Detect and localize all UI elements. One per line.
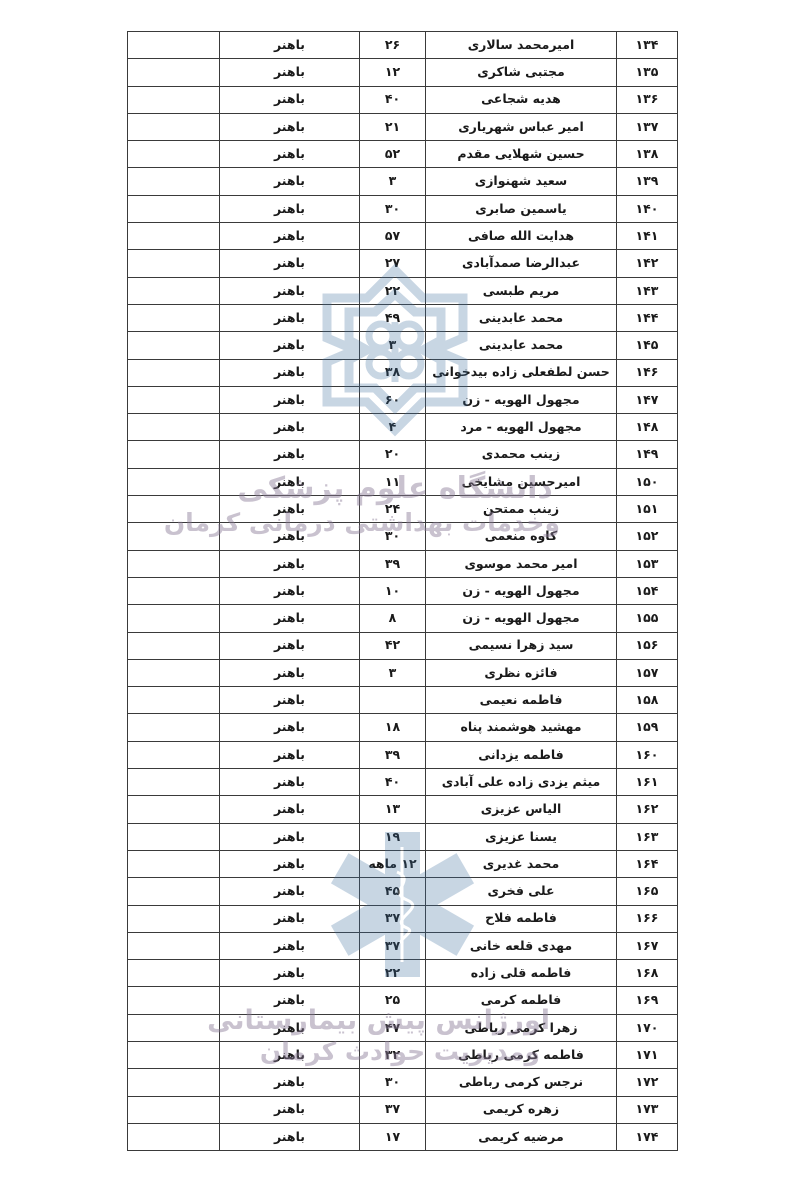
status-cell: باهنر [220, 496, 360, 523]
table-row: باهنر۱۰مجهول الهویه - زن۱۵۴ [128, 577, 678, 604]
notes-cell [128, 605, 220, 632]
table-row: باهنر۲۱امیر عباس شهریاری۱۳۷ [128, 113, 678, 140]
notes-cell [128, 905, 220, 932]
notes-cell [128, 659, 220, 686]
status-cell: باهنر [220, 659, 360, 686]
age-cell: ۳۰ [360, 1069, 426, 1096]
index-cell: ۱۶۵ [617, 878, 678, 905]
notes-cell [128, 414, 220, 441]
index-cell: ۱۵۹ [617, 714, 678, 741]
age-text: ۴۷ [385, 1020, 400, 1035]
index-cell: ۱۴۷ [617, 386, 678, 413]
status-cell: باهنر [220, 577, 360, 604]
age-cell: ۶۰ [360, 386, 426, 413]
age-cell: ۲۱ [360, 113, 426, 140]
table-row: باهنر۲۶امیرمحمد سالاری۱۳۴ [128, 32, 678, 59]
status-cell: باهنر [220, 1014, 360, 1041]
index-cell: ۱۷۴ [617, 1123, 678, 1150]
age-text: ۳۰ [385, 528, 400, 543]
index-cell: ۱۵۷ [617, 659, 678, 686]
age-cell: ۲۲ [360, 960, 426, 987]
age-cell: ۸ [360, 605, 426, 632]
index-cell: ۱۴۵ [617, 332, 678, 359]
name-cell: فاطمه فلاح [426, 905, 617, 932]
index-cell: ۱۶۷ [617, 932, 678, 959]
status-cell: باهنر [220, 468, 360, 495]
index-cell: ۱۶۸ [617, 960, 678, 987]
age-text: ۱۲ [385, 64, 400, 79]
status-text: باهنر [274, 310, 305, 325]
status-cell: باهنر [220, 195, 360, 222]
status-cell: باهنر [220, 769, 360, 796]
notes-cell [128, 687, 220, 714]
status-cell: باهنر [220, 1069, 360, 1096]
status-text: باهنر [274, 665, 305, 680]
age-text: ۲۱ [385, 119, 400, 134]
age-cell: ۴۹ [360, 304, 426, 331]
status-text: باهنر [274, 556, 305, 571]
name-cell: علی فخری [426, 878, 617, 905]
age-cell: ۱۳ [360, 796, 426, 823]
name-cell: حسین شهلایی مقدم [426, 141, 617, 168]
status-cell: باهنر [220, 59, 360, 86]
status-text: باهنر [274, 228, 305, 243]
age-cell: ۳ [360, 332, 426, 359]
age-text: ۳۲ [385, 1047, 400, 1062]
status-text: باهنر [274, 774, 305, 789]
index-cell: ۱۵۵ [617, 605, 678, 632]
age-cell: ۳۰ [360, 195, 426, 222]
age-cell: ۴ [360, 414, 426, 441]
name-cell: عبدالرضا صمدآبادی [426, 250, 617, 277]
notes-cell [128, 359, 220, 386]
name-cell: الیاس عزیزی [426, 796, 617, 823]
age-cell: ۱۰ [360, 577, 426, 604]
age-text: ۱۰ [385, 583, 400, 598]
notes-cell [128, 250, 220, 277]
index-cell: ۱۶۲ [617, 796, 678, 823]
index-cell: ۱۴۹ [617, 441, 678, 468]
name-cell: مجهول الهویه - زن [426, 605, 617, 632]
age-cell: ۵۲ [360, 141, 426, 168]
name-cell: میثم یزدی زاده علی آبادی [426, 769, 617, 796]
table-row: باهنر۳۷مهدی قلعه خانی۱۶۷ [128, 932, 678, 959]
name-cell: مهدی قلعه خانی [426, 932, 617, 959]
index-cell: ۱۶۹ [617, 987, 678, 1014]
status-cell: باهنر [220, 932, 360, 959]
age-text: ۱۷ [385, 1129, 400, 1144]
notes-cell [128, 878, 220, 905]
age-cell: ۴۰ [360, 86, 426, 113]
age-text: ۴۹ [385, 310, 400, 325]
age-text: ۳ [389, 173, 397, 188]
age-cell: ۱۱ [360, 468, 426, 495]
age-cell: ۲۷ [360, 250, 426, 277]
age-cell: ۳۷ [360, 1096, 426, 1123]
table-row: باهنر۴۲سید زهرا نسیمی۱۵۶ [128, 632, 678, 659]
age-cell: ۳ [360, 168, 426, 195]
age-text: ۲۴ [385, 501, 400, 516]
status-cell: باهنر [220, 1096, 360, 1123]
index-cell: ۱۴۶ [617, 359, 678, 386]
status-text: باهنر [274, 1101, 305, 1116]
roster-body: باهنر۲۶امیرمحمد سالاری۱۳۴باهنر۱۲مجتبی شا… [128, 32, 678, 1151]
name-cell: مجهول الهویه - زن [426, 577, 617, 604]
notes-cell [128, 769, 220, 796]
age-text: ۳۰ [385, 201, 400, 216]
status-text: باهنر [274, 337, 305, 352]
notes-cell [128, 550, 220, 577]
index-cell: ۱۴۲ [617, 250, 678, 277]
age-text: ۴۵ [385, 883, 400, 898]
index-cell: ۱۵۱ [617, 496, 678, 523]
index-cell: ۱۴۰ [617, 195, 678, 222]
index-cell: ۱۷۱ [617, 1041, 678, 1068]
age-cell: ۳۹ [360, 741, 426, 768]
status-cell: باهنر [220, 850, 360, 877]
name-cell: زهرا کرمی رباطی [426, 1014, 617, 1041]
status-cell: باهنر [220, 250, 360, 277]
name-cell: هدایت الله صافی [426, 223, 617, 250]
index-cell: ۱۳۴ [617, 32, 678, 59]
index-cell: ۱۵۶ [617, 632, 678, 659]
age-cell: ۲۵ [360, 987, 426, 1014]
age-text: ۱۲ ماهه [368, 856, 416, 871]
index-cell: ۱۴۴ [617, 304, 678, 331]
status-cell: باهنر [220, 223, 360, 250]
status-cell: باهنر [220, 741, 360, 768]
status-text: باهنر [274, 173, 305, 188]
age-cell: ۴۰ [360, 769, 426, 796]
table-row: باهنر۳۷زهره کریمی۱۷۳ [128, 1096, 678, 1123]
status-text: باهنر [274, 747, 305, 762]
status-text: باهنر [274, 965, 305, 980]
status-cell: باهنر [220, 277, 360, 304]
status-cell: باهنر [220, 687, 360, 714]
table-row: باهنر۱۲مجتبی شاکری۱۳۵ [128, 59, 678, 86]
name-cell: فائزه نظری [426, 659, 617, 686]
status-cell: باهنر [220, 605, 360, 632]
name-cell: زهره کریمی [426, 1096, 617, 1123]
status-text: باهنر [274, 392, 305, 407]
status-text: باهنر [274, 201, 305, 216]
age-text: ۳۷ [385, 1101, 400, 1116]
notes-cell [128, 168, 220, 195]
age-text: ۳۷ [385, 910, 400, 925]
name-cell: محمد عابدینی [426, 304, 617, 331]
age-cell: ۳۷ [360, 905, 426, 932]
notes-cell [128, 195, 220, 222]
name-cell: سعید شهنوازی [426, 168, 617, 195]
table-row: باهنر۳فائزه نظری۱۵۷ [128, 659, 678, 686]
notes-cell [128, 987, 220, 1014]
index-cell: ۱۷۰ [617, 1014, 678, 1041]
index-cell: ۱۳۸ [617, 141, 678, 168]
notes-cell [128, 796, 220, 823]
notes-cell [128, 141, 220, 168]
status-cell: باهنر [220, 414, 360, 441]
age-text: ۵۷ [385, 228, 400, 243]
status-cell: باهنر [220, 168, 360, 195]
index-cell: ۱۶۰ [617, 741, 678, 768]
age-cell: ۴۲ [360, 632, 426, 659]
status-cell: باهنر [220, 823, 360, 850]
status-text: باهنر [274, 883, 305, 898]
age-cell: ۱۹ [360, 823, 426, 850]
notes-cell [128, 496, 220, 523]
name-cell: محمد غدیری [426, 850, 617, 877]
table-row: باهنر۳۰کاوه منعمی۱۵۲ [128, 523, 678, 550]
age-cell: ۱۸ [360, 714, 426, 741]
notes-cell [128, 741, 220, 768]
status-text: باهنر [274, 419, 305, 434]
notes-cell [128, 59, 220, 86]
table-row: باهنر۶۰مجهول الهویه - زن۱۴۷ [128, 386, 678, 413]
age-text: ۱۳ [385, 801, 400, 816]
table-row: باهنر۵۲حسین شهلایی مقدم۱۳۸ [128, 141, 678, 168]
name-cell: امیرحسین مشایخی [426, 468, 617, 495]
notes-cell [128, 468, 220, 495]
notes-cell [128, 1069, 220, 1096]
notes-cell [128, 960, 220, 987]
age-text: ۳۰ [385, 1074, 400, 1089]
notes-cell [128, 332, 220, 359]
index-cell: ۱۶۳ [617, 823, 678, 850]
age-cell: ۳ [360, 659, 426, 686]
index-cell: ۱۳۹ [617, 168, 678, 195]
age-cell: ۳۲ [360, 1041, 426, 1068]
age-cell [360, 687, 426, 714]
name-cell: یسنا عزیزی [426, 823, 617, 850]
table-row: باهنر۳۸حسن لطفعلی زاده بیدخوانی۱۴۶ [128, 359, 678, 386]
status-cell: باهنر [220, 714, 360, 741]
table-row: باهنر۳۲فاطمه کرمی رباطی۱۷۱ [128, 1041, 678, 1068]
status-cell: باهنر [220, 1041, 360, 1068]
table-row: باهنر۳سعید شهنوازی۱۳۹ [128, 168, 678, 195]
age-text: ۴۰ [385, 774, 400, 789]
index-cell: ۱۵۴ [617, 577, 678, 604]
status-cell: باهنر [220, 905, 360, 932]
table-row: باهنر۱۳الیاس عزیزی۱۶۲ [128, 796, 678, 823]
name-cell: امیرمحمد سالاری [426, 32, 617, 59]
table-row: باهنر۳۰یاسمین صابری۱۴۰ [128, 195, 678, 222]
table-row: باهنر۱۷مرضیه کریمی۱۷۴ [128, 1123, 678, 1150]
notes-cell [128, 86, 220, 113]
status-cell: باهنر [220, 441, 360, 468]
status-text: باهنر [274, 446, 305, 461]
notes-cell [128, 386, 220, 413]
notes-cell [128, 823, 220, 850]
name-cell: زینب محمدی [426, 441, 617, 468]
age-text: ۳۸ [385, 364, 400, 379]
status-cell: باهنر [220, 304, 360, 331]
notes-cell [128, 32, 220, 59]
status-cell: باهنر [220, 550, 360, 577]
age-text: ۵۲ [385, 146, 400, 161]
status-text: باهنر [274, 146, 305, 161]
notes-cell [128, 1041, 220, 1068]
name-cell: فاطمه کرمی [426, 987, 617, 1014]
age-cell: ۳۷ [360, 932, 426, 959]
table-row: باهنر۴۰هدیه شجاعی۱۳۶ [128, 86, 678, 113]
name-cell: هدیه شجاعی [426, 86, 617, 113]
index-cell: ۱۶۶ [617, 905, 678, 932]
notes-cell [128, 1014, 220, 1041]
age-text: ۳ [389, 337, 397, 352]
index-cell: ۱۵۰ [617, 468, 678, 495]
name-cell: امیر عباس شهریاری [426, 113, 617, 140]
status-text: باهنر [274, 610, 305, 625]
status-text: باهنر [274, 719, 305, 734]
status-text: باهنر [274, 474, 305, 489]
status-cell: باهنر [220, 86, 360, 113]
notes-cell [128, 1096, 220, 1123]
name-cell: نرجس کرمی رباطی [426, 1069, 617, 1096]
table-row: باهنر۲۲فاطمه قلی زاده۱۶۸ [128, 960, 678, 987]
index-cell: ۱۴۸ [617, 414, 678, 441]
status-text: باهنر [274, 501, 305, 516]
index-cell: ۱۶۱ [617, 769, 678, 796]
table-row: باهنر۵۷هدایت الله صافی۱۴۱ [128, 223, 678, 250]
age-text: ۲۲ [385, 965, 400, 980]
age-text: ۳۹ [385, 747, 400, 762]
age-cell: ۴۷ [360, 1014, 426, 1041]
status-cell: باهنر [220, 632, 360, 659]
casualty-roster-table: باهنر۲۶امیرمحمد سالاری۱۳۴باهنر۱۲مجتبی شا… [127, 31, 678, 1151]
table-row: باهنر۳۷فاطمه فلاح۱۶۶ [128, 905, 678, 932]
status-text: باهنر [274, 1074, 305, 1089]
table-row: باهنر۳محمد عابدینی۱۴۵ [128, 332, 678, 359]
name-cell: حسن لطفعلی زاده بیدخوانی [426, 359, 617, 386]
age-text: ۲۷ [385, 255, 400, 270]
age-cell: ۳۹ [360, 550, 426, 577]
table-row: باهنر۱۸مهشید هوشمند پناه۱۵۹ [128, 714, 678, 741]
age-cell: ۳۸ [360, 359, 426, 386]
status-text: باهنر [274, 801, 305, 816]
notes-cell [128, 850, 220, 877]
status-text: باهنر [274, 583, 305, 598]
name-cell: فاطمه کرمی رباطی [426, 1041, 617, 1068]
name-cell: مریم طبسی [426, 277, 617, 304]
name-cell: فاطمه قلی زاده [426, 960, 617, 987]
status-text: باهنر [274, 856, 305, 871]
age-text: ۳ [389, 665, 397, 680]
age-text: ۴ [389, 419, 397, 434]
name-cell: یاسمین صابری [426, 195, 617, 222]
notes-cell [128, 632, 220, 659]
status-cell: باهنر [220, 960, 360, 987]
index-cell: ۱۵۲ [617, 523, 678, 550]
table-row: باهنر۲۰زینب محمدی۱۴۹ [128, 441, 678, 468]
document-page: باهنر۲۶امیرمحمد سالاری۱۳۴باهنر۱۲مجتبی شا… [0, 0, 800, 1200]
status-cell: باهنر [220, 332, 360, 359]
status-cell: باهنر [220, 878, 360, 905]
index-cell: ۱۷۲ [617, 1069, 678, 1096]
status-text: باهنر [274, 910, 305, 925]
age-cell: ۳۰ [360, 523, 426, 550]
index-cell: ۱۵۸ [617, 687, 678, 714]
age-text: ۳۹ [385, 556, 400, 571]
name-cell: محمد عابدینی [426, 332, 617, 359]
age-text: ۲۲ [385, 283, 400, 298]
status-text: باهنر [274, 637, 305, 652]
status-cell: باهنر [220, 386, 360, 413]
name-cell: فاطمه نعیمی [426, 687, 617, 714]
age-text: ۶۰ [385, 392, 400, 407]
table-row: باهنر۴مجهول الهویه - مرد۱۴۸ [128, 414, 678, 441]
status-text: باهنر [274, 283, 305, 298]
age-text: ۱۹ [385, 829, 400, 844]
age-cell: ۵۷ [360, 223, 426, 250]
name-cell: سید زهرا نسیمی [426, 632, 617, 659]
name-cell: مرضیه کریمی [426, 1123, 617, 1150]
index-cell: ۱۴۱ [617, 223, 678, 250]
status-text: باهنر [274, 938, 305, 953]
status-cell: باهنر [220, 359, 360, 386]
table-row: باهنر۲۲مریم طبسی۱۴۳ [128, 277, 678, 304]
table-row: باهنر۱۹یسنا عزیزی۱۶۳ [128, 823, 678, 850]
age-text: ۲۵ [385, 992, 400, 1007]
age-text: ۸ [389, 610, 397, 625]
index-cell: ۱۳۵ [617, 59, 678, 86]
table-row: باهنر۴۰میثم یزدی زاده علی آبادی۱۶۱ [128, 769, 678, 796]
index-cell: ۱۵۳ [617, 550, 678, 577]
status-text: باهنر [274, 1020, 305, 1035]
index-cell: ۱۳۷ [617, 113, 678, 140]
table-row: باهنرفاطمه نعیمی۱۵۸ [128, 687, 678, 714]
table-row: باهنر۳۹امیر محمد موسوی۱۵۳ [128, 550, 678, 577]
name-cell: مجتبی شاکری [426, 59, 617, 86]
table-row: باهنر۳۹فاطمه یزدانی۱۶۰ [128, 741, 678, 768]
status-text: باهنر [274, 119, 305, 134]
status-cell: باهنر [220, 987, 360, 1014]
index-cell: ۱۷۳ [617, 1096, 678, 1123]
table-row: باهنر۲۴زینب ممتحن۱۵۱ [128, 496, 678, 523]
status-text: باهنر [274, 1047, 305, 1062]
name-cell: امیر محمد موسوی [426, 550, 617, 577]
age-cell: ۱۷ [360, 1123, 426, 1150]
age-cell: ۲۰ [360, 441, 426, 468]
index-cell: ۱۶۴ [617, 850, 678, 877]
name-cell: مجهول الهویه - زن [426, 386, 617, 413]
notes-cell [128, 932, 220, 959]
name-cell: زینب ممتحن [426, 496, 617, 523]
status-text: باهنر [274, 37, 305, 52]
age-text: ۳۷ [385, 938, 400, 953]
notes-cell [128, 223, 220, 250]
age-cell: ۱۲ ماهه [360, 850, 426, 877]
age-text: ۲۰ [385, 446, 400, 461]
status-text: باهنر [274, 829, 305, 844]
notes-cell [128, 577, 220, 604]
notes-cell [128, 714, 220, 741]
name-cell: کاوه منعمی [426, 523, 617, 550]
age-cell: ۲۴ [360, 496, 426, 523]
notes-cell [128, 1123, 220, 1150]
status-text: باهنر [274, 64, 305, 79]
status-text: باهنر [274, 992, 305, 1007]
table-row: باهنر۴۷زهرا کرمی رباطی۱۷۰ [128, 1014, 678, 1041]
age-text: ۴۰ [385, 91, 400, 106]
age-text: ۱۸ [385, 719, 400, 734]
status-cell: باهنر [220, 113, 360, 140]
status-cell: باهنر [220, 1123, 360, 1150]
status-cell: باهنر [220, 32, 360, 59]
status-text: باهنر [274, 692, 305, 707]
notes-cell [128, 441, 220, 468]
table-row: باهنر۲۷عبدالرضا صمدآبادی۱۴۲ [128, 250, 678, 277]
notes-cell [128, 113, 220, 140]
